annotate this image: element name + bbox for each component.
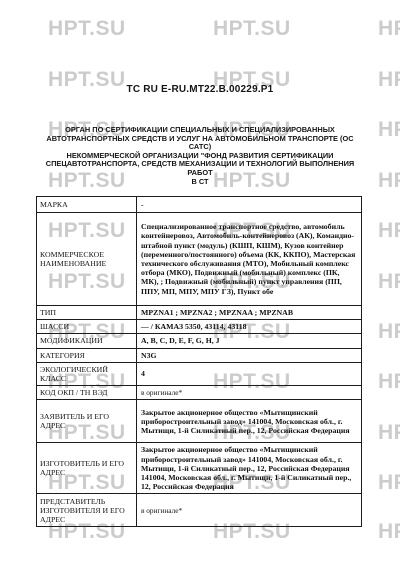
table-row: МАРКА- bbox=[37, 197, 361, 212]
table-row: МОДИФИКАЦИИA, B, C, D, E, F, G, H, J bbox=[37, 333, 361, 347]
row-label: ЗАЯВИТЕЛЬ И ЕГО АДРЕС bbox=[37, 400, 137, 442]
table-row: КАТЕГОРИЯN3G bbox=[37, 348, 361, 362]
row-label: КОММЕРЧЕСКОЕ НАИМЕНОВАНИЕ bbox=[37, 213, 137, 305]
row-label: МАРКА bbox=[37, 197, 137, 212]
row-value: MPZNA1 ; MPZNA2 ; MPZNAA ; MPZNAB bbox=[137, 306, 361, 319]
row-value: A, B, C, D, E, F, G, H, J bbox=[137, 334, 361, 347]
row-value: Специализированное транспортное средство… bbox=[137, 213, 361, 305]
row-value: в оригинале* bbox=[137, 494, 361, 526]
row-value: 4 bbox=[137, 363, 361, 385]
row-value: - bbox=[137, 197, 361, 212]
row-value: N3G bbox=[137, 349, 361, 362]
spec-table: МАРКА-КОММЕРЧЕСКОЕ НАИМЕНОВАНИЕСпециализ… bbox=[36, 196, 362, 527]
row-label: КОД ОКП / ТН ВЭД bbox=[37, 386, 137, 399]
row-label: ТИП bbox=[37, 306, 137, 319]
table-row: ТИПMPZNA1 ; MPZNA2 ; MPZNAA ; MPZNAB bbox=[37, 305, 361, 319]
certification-body-heading: ОРГАН ПО СЕРТИФИКАЦИИ СПЕЦИАЛЬНЫХ И СПЕЦ… bbox=[36, 126, 364, 186]
table-row: ЭКОЛОГИЧЕСКИЙ КЛАСС4 bbox=[37, 362, 361, 385]
row-label: ЭКОЛОГИЧЕСКИЙ КЛАСС bbox=[37, 363, 137, 385]
row-label: ШАССИ bbox=[37, 320, 137, 333]
row-label: МОДИФИКАЦИИ bbox=[37, 334, 137, 347]
table-row: КОД ОКП / ТН ВЭДв оригинале* bbox=[37, 385, 361, 399]
table-row: ШАССИ— / КАМАЗ 5350, 43114, 43118 bbox=[37, 319, 361, 333]
table-row: КОММЕРЧЕСКОЕ НАИМЕНОВАНИЕСпециализирован… bbox=[37, 212, 361, 305]
table-row: ИЗГОТОВИТЕЛЬ И ЕГО АДРЕСЗакрытое акционе… bbox=[37, 442, 361, 493]
row-value: Закрытое акционерное общество «Мытищинск… bbox=[137, 400, 361, 442]
row-label: КАТЕГОРИЯ bbox=[37, 349, 137, 362]
row-value: Закрытое акционерное общество «Мытищинск… bbox=[137, 443, 361, 493]
certificate-page: ТС RU E-RU.МТ22.В.00229.Р1 ОРГАН ПО СЕРТ… bbox=[0, 0, 400, 565]
row-value: — / КАМАЗ 5350, 43114, 43118 bbox=[137, 320, 361, 333]
row-value: в оригинале* bbox=[137, 386, 361, 399]
certificate-number: ТС RU E-RU.МТ22.В.00229.Р1 bbox=[0, 84, 400, 95]
table-row: ЗАЯВИТЕЛЬ И ЕГО АДРЕСЗакрытое акционерно… bbox=[37, 399, 361, 442]
table-row: ПРЕДСТАВИТЕЛЬ ИЗГОТОВИТЕЛЯ И ЕГО АДРЕСв … bbox=[37, 493, 361, 526]
row-label: ИЗГОТОВИТЕЛЬ И ЕГО АДРЕС bbox=[37, 443, 137, 493]
row-label: ПРЕДСТАВИТЕЛЬ ИЗГОТОВИТЕЛЯ И ЕГО АДРЕС bbox=[37, 494, 137, 526]
